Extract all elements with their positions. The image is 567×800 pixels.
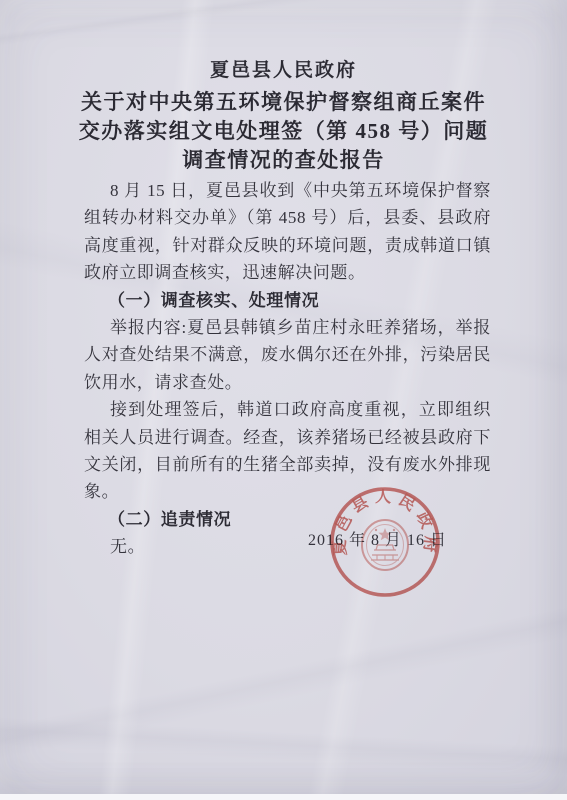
tiananmen-icon [376,545,394,550]
official-seal-graphic: 夏邑县人民政府 [313,470,457,614]
scanned-page: 夏邑县人民政府 关于对中央第五环境保护督察组商丘案件 交办落实组文电处理签（第 … [0,0,567,800]
paragraph-intro: 8 月 15 日，夏邑县收到《中央第五环境保护督察组转办材料交办单》（第 458… [84,177,491,287]
org-title: 夏邑县人民政府 [0,57,567,84]
section-heading-1: （一）调查核实、处理情况 [84,287,491,314]
report-title-line-1: 关于对中央第五环境保护督察组商丘案件 [0,88,567,117]
official-seal: 夏邑县人民政府 [313,470,457,614]
report-title-line-3: 调查情况的查处报告 [0,146,567,175]
document-header: 夏邑县人民政府 关于对中央第五环境保护督察组商丘案件 交办落实组文电处理签（第 … [0,57,567,175]
report-title-line-2: 交办落实组文电处理签（第 458 号）问题 [0,117,567,146]
paragraph-complaint: 举报内容:夏邑县韩镇乡苗庄村永旺养猪场，举报人对查处结果不满意，废水偶尔还在外排… [84,314,491,396]
star-icon [378,528,391,540]
seal-text: 夏邑县人民政府 [329,488,440,560]
national-emblem-icon [362,520,408,570]
